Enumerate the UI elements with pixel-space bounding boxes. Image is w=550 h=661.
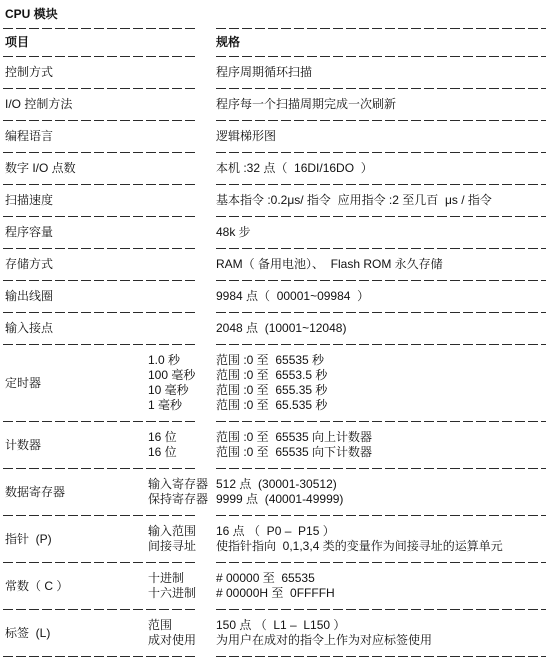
row-sub-column: 输入范围间接寻址: [148, 516, 216, 562]
table-header-row: 项目 规格: [3, 29, 546, 56]
row-spec-column: 48k 步: [216, 217, 546, 248]
table-row: 输出线圈 9984 点（ 00001~09984 ）: [3, 281, 546, 312]
page-title: CPU 模块: [3, 3, 546, 28]
row-sub-label: 输入寄存器: [148, 477, 216, 492]
row-spec-text: 逻辑梯形图: [216, 129, 546, 144]
row-item-label: 控制方式: [3, 57, 148, 88]
row-sub-label: 范围: [148, 618, 216, 633]
row-item-label: 计数器: [3, 422, 148, 468]
table-row: 数字 I/O 点数 本机 :32 点（ 16DI/16DO ）: [3, 153, 546, 184]
row-spec-column: 基本指令 :0.2μs/ 指令 应用指令 :2 至几百 μs / 指令: [216, 185, 546, 216]
row-spec-text: 程序周期循环扫描: [216, 65, 546, 80]
row-sub-label: 间接寻址: [148, 539, 216, 554]
row-sub-label: 1 毫秒: [148, 398, 216, 413]
table-row: 计数器 16 位16 位 范围 :0 至 65535 向上计数器范围 :0 至 …: [3, 422, 546, 468]
row-item-label: 输入接点: [3, 313, 148, 344]
row-spec-text: 基本指令 :0.2μs/ 指令 应用指令 :2 至几百 μs / 指令: [216, 193, 546, 208]
row-sub-column: [148, 281, 216, 312]
header-spec-label: 规格: [216, 29, 546, 56]
row-sub-column: [148, 121, 216, 152]
row-sub-label: 1.0 秒: [148, 353, 216, 368]
row-spec-column: RAM（ 备用电池）、 Flash ROM 永久存储: [216, 249, 546, 280]
row-sub-label: 十六进制: [148, 586, 216, 601]
row-sub-column: [148, 57, 216, 88]
row-spec-column: 16 点 （ P0 – P15 ）使指针指向 0,1,3,4 类的变量作为间接寻…: [216, 516, 546, 562]
row-spec-column: 逻辑梯形图: [216, 121, 546, 152]
row-spec-column: 512 点 (30001-30512)9999 点 (40001-49999): [216, 469, 546, 515]
table-row: 控制方式 程序周期循环扫描: [3, 57, 546, 88]
row-spec-text: 范围 :0 至 655.35 秒: [216, 383, 546, 398]
table-row: 常数（ C ） 十进制十六进制 # 00000 至 65535# 00000H …: [3, 563, 546, 609]
row-sub-label: 10 毫秒: [148, 383, 216, 398]
row-spec-text: 本机 :32 点（ 16DI/16DO ）: [216, 161, 546, 176]
row-sub-column: [148, 217, 216, 248]
row-sub-column: 输入寄存器保持寄存器: [148, 469, 216, 515]
row-sub-column: [148, 185, 216, 216]
row-spec-text: 范围 :0 至 65535 秒: [216, 353, 546, 368]
header-item-label: 项目: [3, 29, 148, 56]
table-row: 扫描速度 基本指令 :0.2μs/ 指令 应用指令 :2 至几百 μs / 指令: [3, 185, 546, 216]
row-item-label: 扫描速度: [3, 185, 148, 216]
row-item-label: 数字 I/O 点数: [3, 153, 148, 184]
row-sub-column: 16 位16 位: [148, 422, 216, 468]
row-spec-column: 程序每一个扫描周期完成一次刷新: [216, 89, 546, 120]
row-spec-text: RAM（ 备用电池）、 Flash ROM 永久存储: [216, 257, 546, 272]
row-spec-text: # 00000 至 65535: [216, 571, 546, 586]
row-spec-text: 512 点 (30001-30512): [216, 477, 546, 492]
row-item-label: 常数（ C ）: [3, 563, 148, 609]
row-spec-text: 范围 :0 至 65.535 秒: [216, 398, 546, 413]
row-item-label: 定时器: [3, 345, 148, 421]
row-sub-label: 100 毫秒: [148, 368, 216, 383]
row-item-label: 数据寄存器: [3, 469, 148, 515]
row-sub-column: 范围成对使用: [148, 610, 216, 656]
row-spec-column: 范围 :0 至 65535 秒范围 :0 至 6553.5 秒范围 :0 至 6…: [216, 345, 546, 421]
row-spec-text: 为用户在成对的指令上作为对应标签使用: [216, 633, 546, 648]
row-item-label: 程序容量: [3, 217, 148, 248]
row-sub-column: [148, 89, 216, 120]
row-sub-label: 成对使用: [148, 633, 216, 648]
row-spec-column: # 00000 至 65535# 00000H 至 0FFFFH: [216, 563, 546, 609]
row-sub-column: [148, 249, 216, 280]
row-sub-label: 十进制: [148, 571, 216, 586]
row-spec-text: 150 点 （ L1 – L150 ）: [216, 618, 546, 633]
row-spec-column: 范围 :0 至 65535 向上计数器范围 :0 至 65535 向下计数器: [216, 422, 546, 468]
row-sub-column: 十进制十六进制: [148, 563, 216, 609]
row-spec-text: 范围 :0 至 6553.5 秒: [216, 368, 546, 383]
row-sub-label: 16 位: [148, 430, 216, 445]
row-sub-column: [148, 313, 216, 344]
row-item-label: 输出线圈: [3, 281, 148, 312]
table-rule: [3, 656, 546, 657]
row-spec-text: 使指针指向 0,1,3,4 类的变量作为间接寻址的运算单元: [216, 539, 546, 554]
row-spec-column: 程序周期循环扫描: [216, 57, 546, 88]
row-spec-text: 程序每一个扫描周期完成一次刷新: [216, 97, 546, 112]
row-spec-text: 9984 点（ 00001~09984 ）: [216, 289, 546, 304]
row-spec-text: 2048 点 (10001~12048): [216, 321, 546, 336]
row-item-label: I/O 控制方法: [3, 89, 148, 120]
row-spec-text: # 00000H 至 0FFFFH: [216, 586, 546, 601]
row-sub-column: 1.0 秒100 毫秒10 毫秒1 毫秒: [148, 345, 216, 421]
row-spec-text: 16 点 （ P0 – P15 ）: [216, 524, 546, 539]
table-row: 编程语言 逻辑梯形图: [3, 121, 546, 152]
table-row: 存储方式 RAM（ 备用电池）、 Flash ROM 永久存储: [3, 249, 546, 280]
row-sub-column: [148, 153, 216, 184]
spec-table: 项目 规格 控制方式 程序周期循环扫描 I/O 控制方法 程序每一个扫描周期完成…: [3, 28, 546, 657]
table-row: 定时器 1.0 秒100 毫秒10 毫秒1 毫秒 范围 :0 至 65535 秒…: [3, 345, 546, 421]
row-spec-text: 48k 步: [216, 225, 546, 240]
row-item-label: 编程语言: [3, 121, 148, 152]
row-sub-label: 输入范围: [148, 524, 216, 539]
row-item-label: 存储方式: [3, 249, 148, 280]
table-row: 标签 (L) 范围成对使用 150 点 （ L1 – L150 ）为用户在成对的…: [3, 610, 546, 656]
row-spec-text: 范围 :0 至 65535 向上计数器: [216, 430, 546, 445]
row-spec-column: 150 点 （ L1 – L150 ）为用户在成对的指令上作为对应标签使用: [216, 610, 546, 656]
row-item-label: 标签 (L): [3, 610, 148, 656]
table-row: I/O 控制方法 程序每一个扫描周期完成一次刷新: [3, 89, 546, 120]
row-spec-text: 范围 :0 至 65535 向下计数器: [216, 445, 546, 460]
spec-document: CPU 模块 项目 规格 控制方式 程序周期循环扫描 I/O 控制方法: [0, 0, 550, 661]
row-spec-text: 9999 点 (40001-49999): [216, 492, 546, 507]
table-row: 数据寄存器 输入寄存器保持寄存器 512 点 (30001-30512)9999…: [3, 469, 546, 515]
row-item-label: 指针 (P): [3, 516, 148, 562]
spec-table-body: 控制方式 程序周期循环扫描 I/O 控制方法 程序每一个扫描周期完成一次刷新 编…: [3, 57, 546, 657]
table-row: 指针 (P) 输入范围间接寻址 16 点 （ P0 – P15 ）使指针指向 0…: [3, 516, 546, 562]
table-row: 程序容量 48k 步: [3, 217, 546, 248]
table-row: 输入接点 2048 点 (10001~12048): [3, 313, 546, 344]
row-sub-label: 保持寄存器: [148, 492, 216, 507]
row-spec-column: 本机 :32 点（ 16DI/16DO ）: [216, 153, 546, 184]
row-sub-label: 16 位: [148, 445, 216, 460]
row-spec-column: 9984 点（ 00001~09984 ）: [216, 281, 546, 312]
row-spec-column: 2048 点 (10001~12048): [216, 313, 546, 344]
